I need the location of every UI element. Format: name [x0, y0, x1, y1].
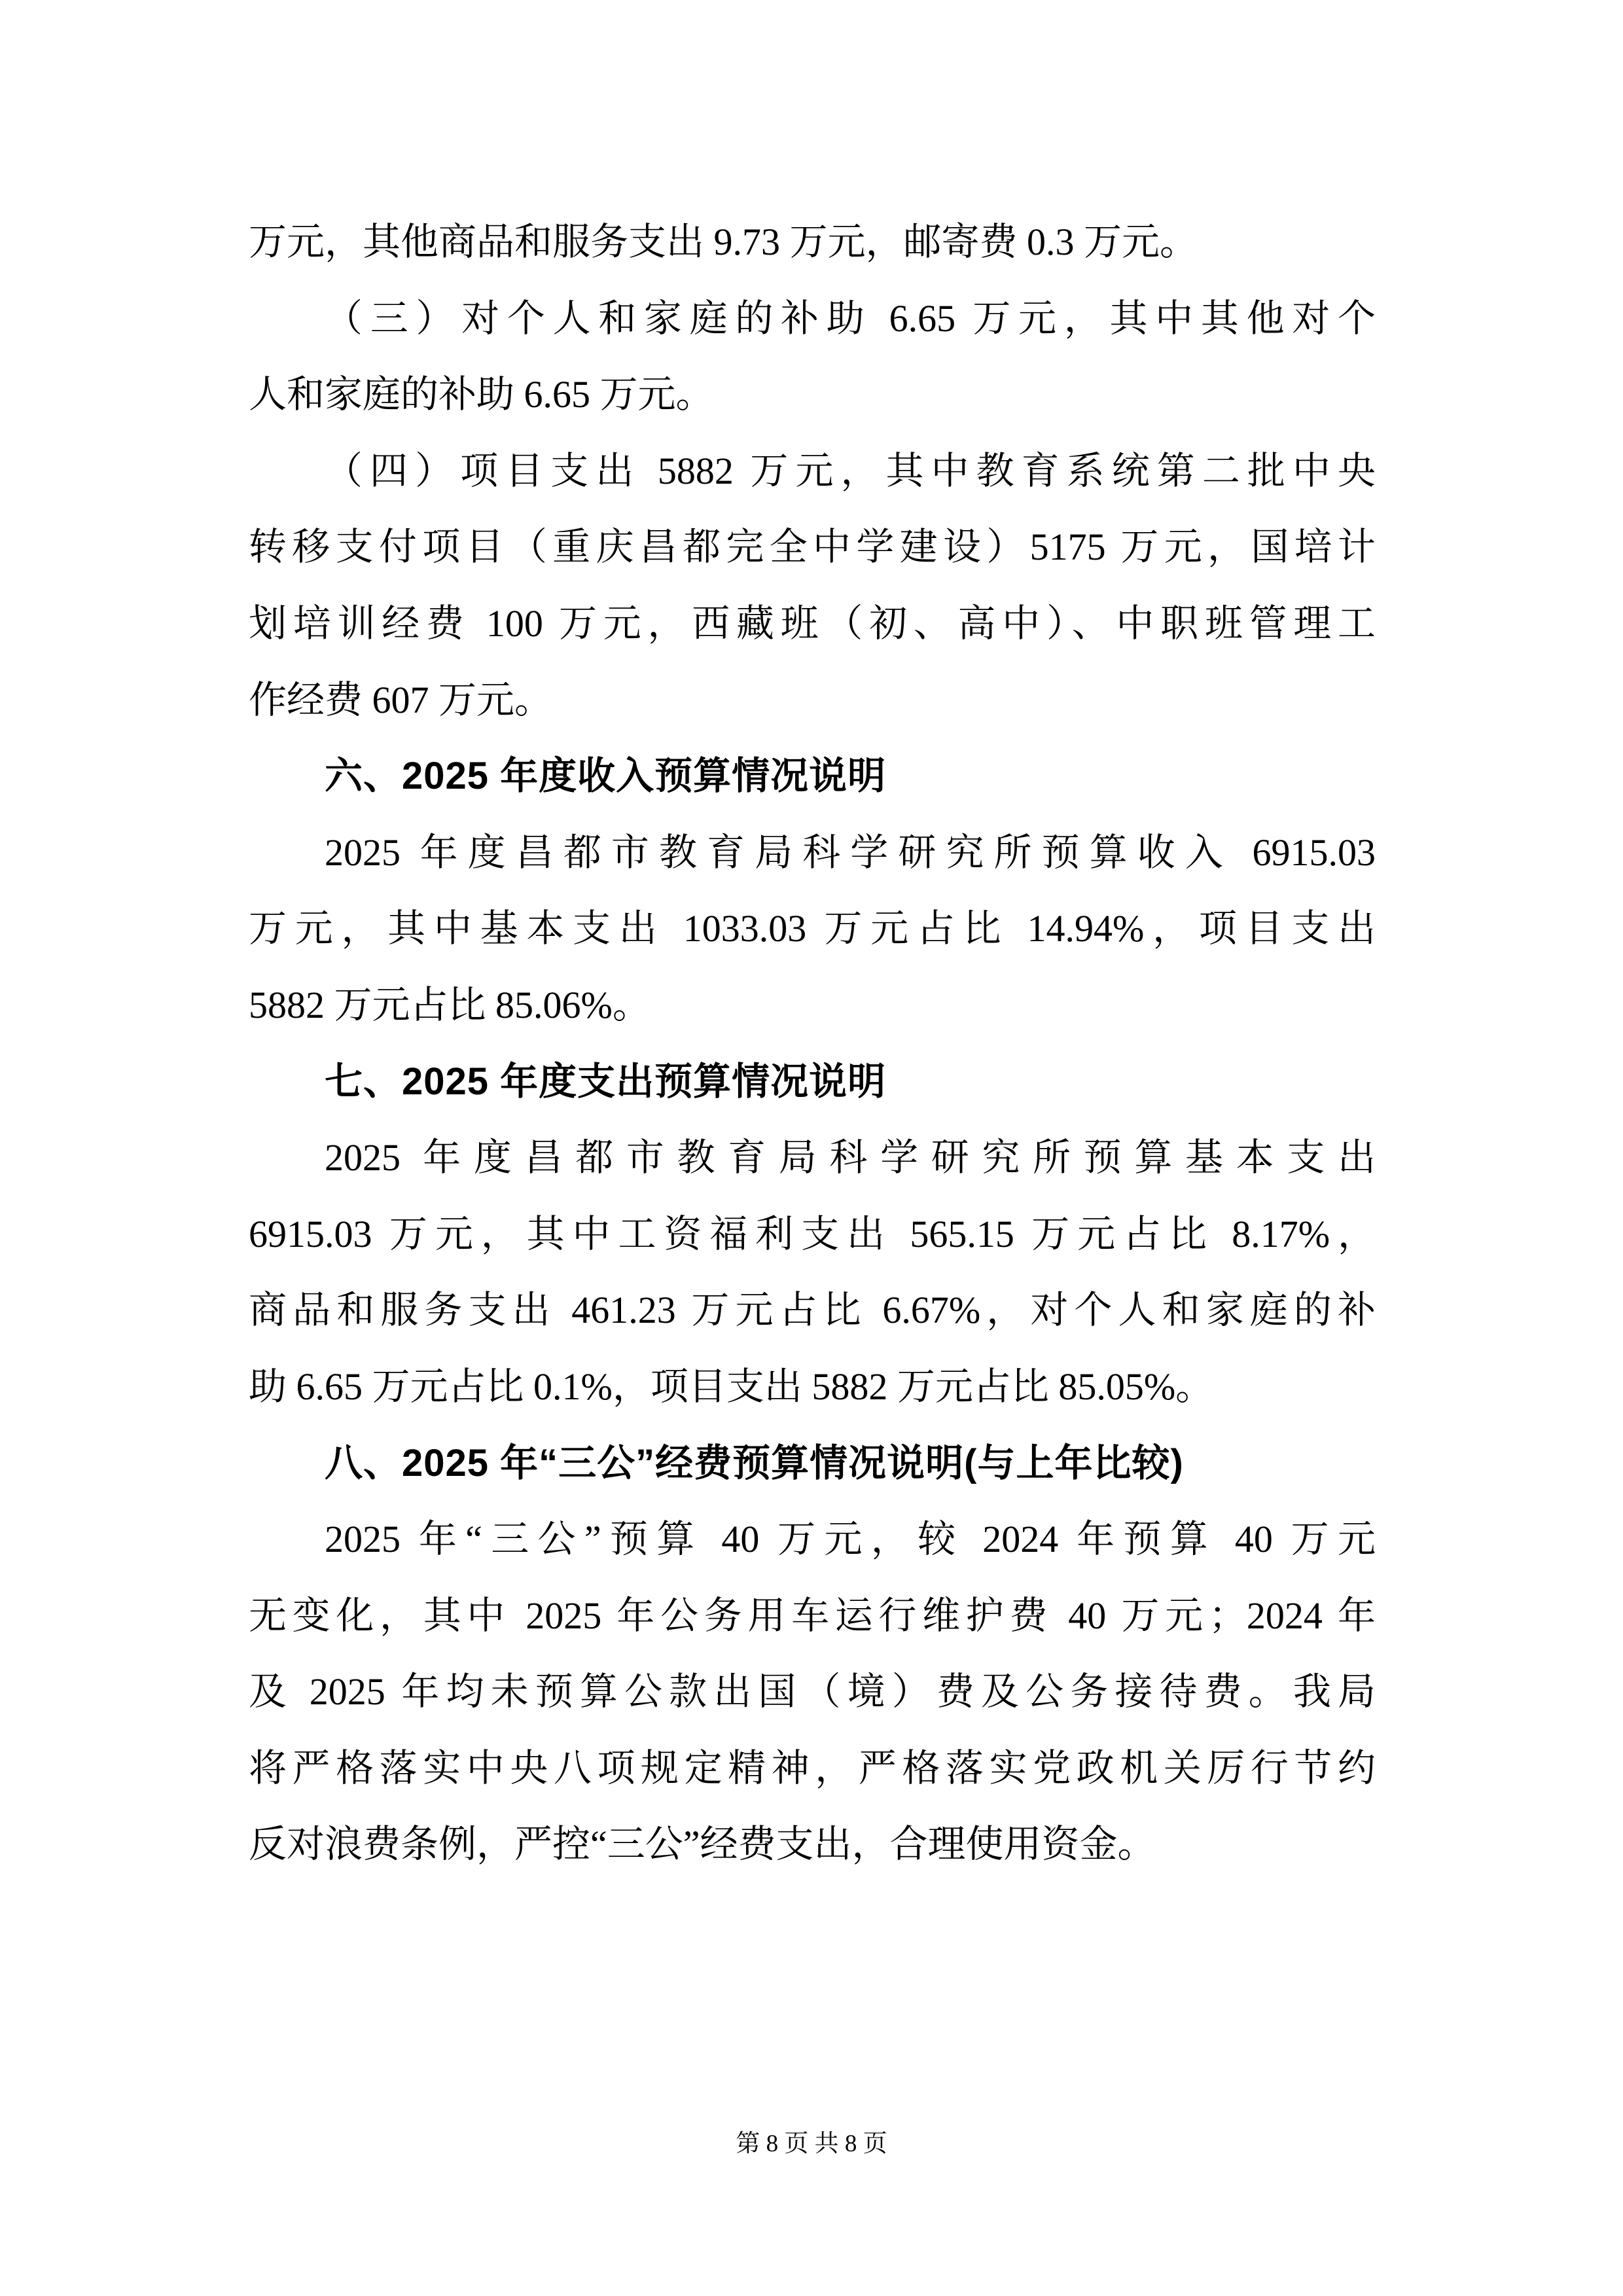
document-line: 及 2025 年均未预算公款出国（境）费及公务接待费。我局 — [249, 1654, 1376, 1731]
document-line: 5882 万元占比 85.06%。 — [249, 967, 1376, 1044]
document-line: （四）项目支出 5882 万元，其中教育系统第二批中央 — [249, 433, 1376, 510]
document-line: 助 6.65 万元占比 0.1%，项目支出 5882 万元占比 85.05%。 — [249, 1349, 1376, 1426]
document-line: 2025 年度昌都市教育局科学研究所预算基本支出 — [249, 1120, 1376, 1196]
page-number: 第 8 页 共 8 页 — [0, 2125, 1623, 2164]
section-heading-income: 六、2025 年度收入预算情况说明 — [249, 738, 1376, 815]
section-heading-expenditure: 七、2025 年度支出预算情况说明 — [249, 1044, 1376, 1121]
section-heading-three-public-funds: 八、2025 年“三公”经费预算情况说明(与上年比较) — [249, 1426, 1376, 1502]
document-body: 万元，其他商品和服务支出 9.73 万元，邮寄费 0.3 万元。 （三）对个人和… — [249, 204, 1376, 1883]
document-page: 万元，其他商品和服务支出 9.73 万元，邮寄费 0.3 万元。 （三）对个人和… — [0, 0, 1623, 2296]
document-line: 人和家庭的补助 6.65 万元。 — [249, 357, 1376, 433]
document-line: 将严格落实中央八项规定精神，严格落实党政机关厉行节约 — [249, 1731, 1376, 1807]
document-line: 2025 年“三公”预算 40 万元，较 2024 年预算 40 万元 — [249, 1501, 1376, 1578]
document-line: 万元，其他商品和服务支出 9.73 万元，邮寄费 0.3 万元。 — [249, 204, 1376, 281]
document-line: 划培训经费 100 万元，西藏班（初、高中）、中职班管理工 — [249, 586, 1376, 662]
document-line: （三）对个人和家庭的补助 6.65 万元，其中其他对个 — [249, 281, 1376, 357]
document-line: 无变化，其中 2025 年公务用车运行维护费 40 万元；2024 年 — [249, 1578, 1376, 1655]
document-line: 2025 年度昌都市教育局科学研究所预算收入 6915.03 — [249, 815, 1376, 891]
document-line: 作经费 607 万元。 — [249, 662, 1376, 739]
document-line: 6915.03 万元，其中工资福利支出 565.15 万元占比 8.17%， — [249, 1196, 1376, 1273]
document-line: 万元，其中基本支出 1033.03 万元占比 14.94%，项目支出 — [249, 891, 1376, 967]
document-line: 转移支付项目（重庆昌都完全中学建设）5175 万元，国培计 — [249, 509, 1376, 586]
document-line: 反对浪费条例，严控“三公”经费支出，合理使用资金。 — [249, 1806, 1376, 1883]
document-line: 商品和服务支出 461.23 万元占比 6.67%，对个人和家庭的补 — [249, 1272, 1376, 1349]
